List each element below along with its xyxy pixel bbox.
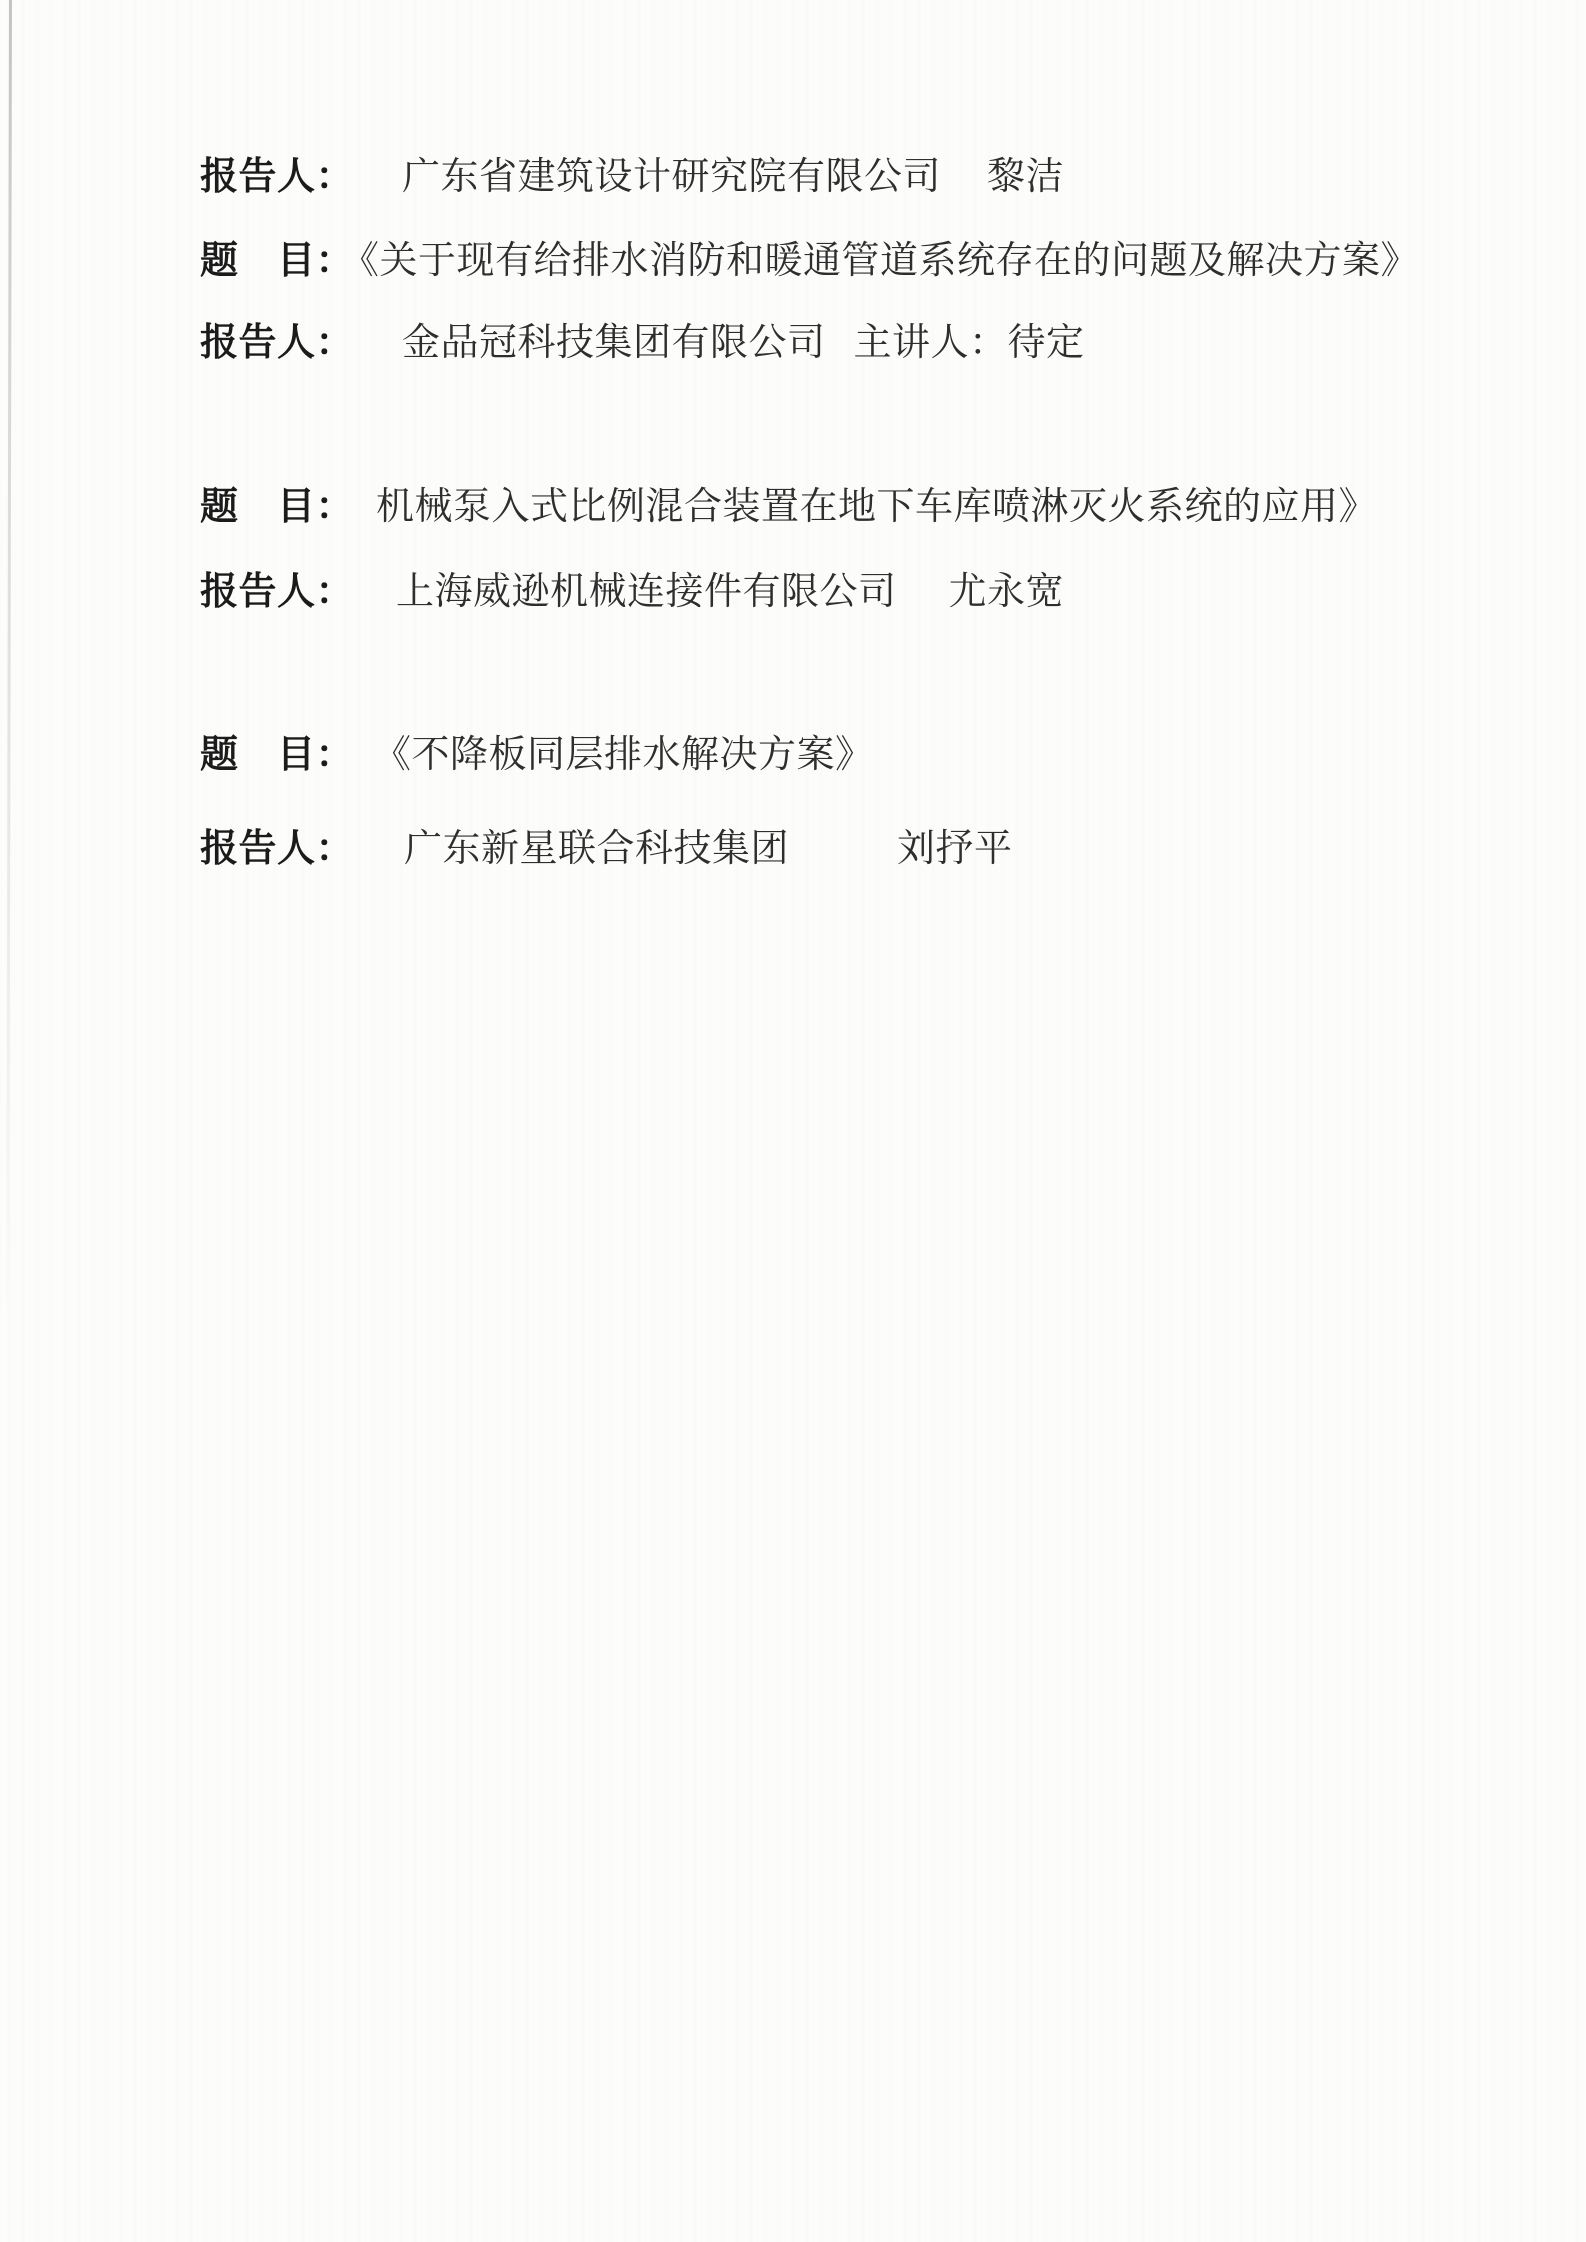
report-line: 报告人：金品冠科技集团有限公司主讲人：待定 (200, 318, 1085, 368)
report-line: 报告人：广东新星联合科技集团刘抒平 (200, 824, 1013, 874)
title-line: 题 目：机械泵入式比例混合装置在地下车库喷淋灭火系统的应用》 (200, 482, 1377, 532)
speaker-name: 主讲人：待定 (854, 322, 1085, 364)
field-label: 报告人： (200, 828, 354, 870)
report-line: 报告人：广东省建筑设计研究院有限公司黎洁 (200, 152, 1064, 202)
title-line: 题 目：《关于现有给排水消防和暖通管道系统存在的问题及解决方案》 (200, 236, 1419, 286)
speaker-name: 刘抒平 (897, 828, 1013, 870)
organization-name: 金品冠科技集团有限公司 (402, 322, 826, 364)
speaker-name: 黎洁 (987, 156, 1064, 198)
presentation-title: 机械泵入式比例混合装置在地下车库喷淋灭火系统的应用》 (376, 486, 1377, 528)
field-label: 题 目： (200, 486, 354, 528)
field-label: 报告人： (200, 156, 354, 198)
field-label: 题 目： (200, 734, 354, 776)
report-line: 报告人：上海威逊机械连接件有限公司尤永宽 (200, 567, 1064, 617)
speaker-name: 尤永宽 (949, 571, 1065, 613)
title-line: 题 目：《不降板同层排水解决方案》 (200, 730, 874, 780)
scan-edge-artifact (6, 0, 12, 1320)
field-label: 题 目： (200, 240, 354, 282)
field-label: 报告人： (200, 322, 354, 364)
organization-name: 广东新星联合科技集团 (404, 828, 789, 870)
field-label: 报告人： (200, 571, 354, 613)
organization-name: 广东省建筑设计研究院有限公司 (402, 156, 941, 198)
organization-name: 上海威逊机械连接件有限公司 (396, 571, 897, 613)
presentation-title: 《关于现有给排水消防和暖通管道系统存在的问题及解决方案》 (360, 240, 1419, 282)
scanned-document-page: 报告人：广东省建筑设计研究院有限公司黎洁 题 目：《关于现有给排水消防和暖通管道… (0, 0, 1586, 2242)
presentation-title: 《不降板同层排水解决方案》 (392, 734, 874, 776)
